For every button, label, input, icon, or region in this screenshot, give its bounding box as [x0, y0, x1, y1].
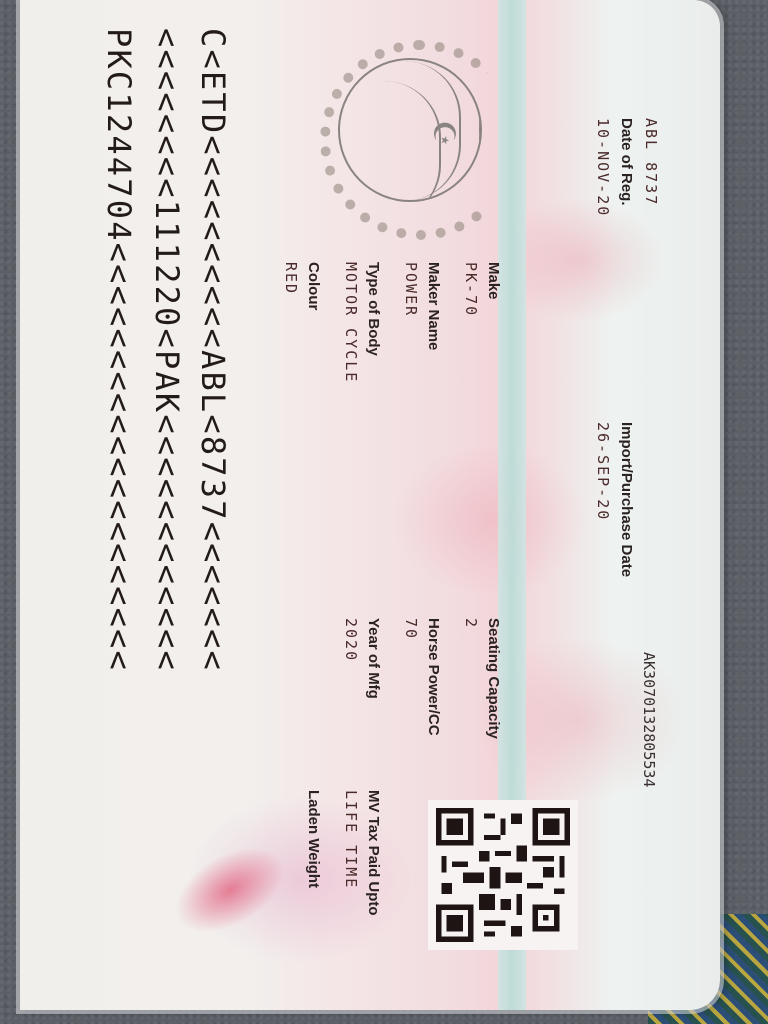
- type-of-body-label: Type of Body: [365, 262, 382, 356]
- year-of-mfg-label: Year of Mfg: [365, 618, 382, 699]
- horse-power-label: Horse Power/CC: [425, 618, 442, 736]
- seating-capacity-label: Seating Capacity: [485, 618, 502, 739]
- registration-number: ABL 8737: [642, 118, 660, 206]
- mrz-line-1: C<ETD<<<<<<<<<<ABL<8737<<<<<<<: [194, 28, 232, 672]
- maker-name-label: Maker Name: [425, 262, 442, 350]
- make-label: Make: [485, 262, 502, 300]
- maker-name-value: POWER: [402, 262, 420, 317]
- serial-number: AK3070132805534: [640, 652, 658, 787]
- type-of-body-value: MOTOR CYCLE: [342, 262, 360, 383]
- horse-power-value: 70: [402, 618, 420, 640]
- colour-value: RED: [282, 262, 300, 295]
- mrz-line-3: PKC1244704<<<<<<<<<<<<<<<<<<<<: [100, 28, 138, 672]
- import-purchase-date-value: 26-SEP-20: [594, 422, 612, 521]
- make-value: PK-70: [462, 262, 480, 317]
- import-purchase-date-label: Import/Purchase Date: [618, 422, 635, 577]
- ink-smudge: [161, 830, 300, 951]
- year-of-mfg-value: 2020: [342, 618, 360, 662]
- date-of-reg-value: 10-NOV-20: [594, 118, 612, 217]
- date-of-reg-label: Date of Reg.: [618, 118, 635, 206]
- qr-code-icon: [428, 800, 578, 950]
- tax-paid-upto-value: LIFE TIME: [342, 790, 360, 889]
- mrz-line-2: <<<<<<<<111220<PAK<<<<<<<<<<<<: [148, 28, 186, 672]
- seating-capacity-value: 2: [462, 618, 480, 629]
- colour-label: Colour: [305, 262, 322, 310]
- registration-card: ☪ ABL 8737 Date of Reg. 10-NOV-20 Import…: [20, 0, 720, 1010]
- crescent-star-emblem-icon: ☪: [338, 58, 482, 202]
- tax-paid-upto-label: MV Tax Paid Upto: [365, 790, 382, 916]
- laden-weight-label: Laden Weight: [305, 790, 322, 888]
